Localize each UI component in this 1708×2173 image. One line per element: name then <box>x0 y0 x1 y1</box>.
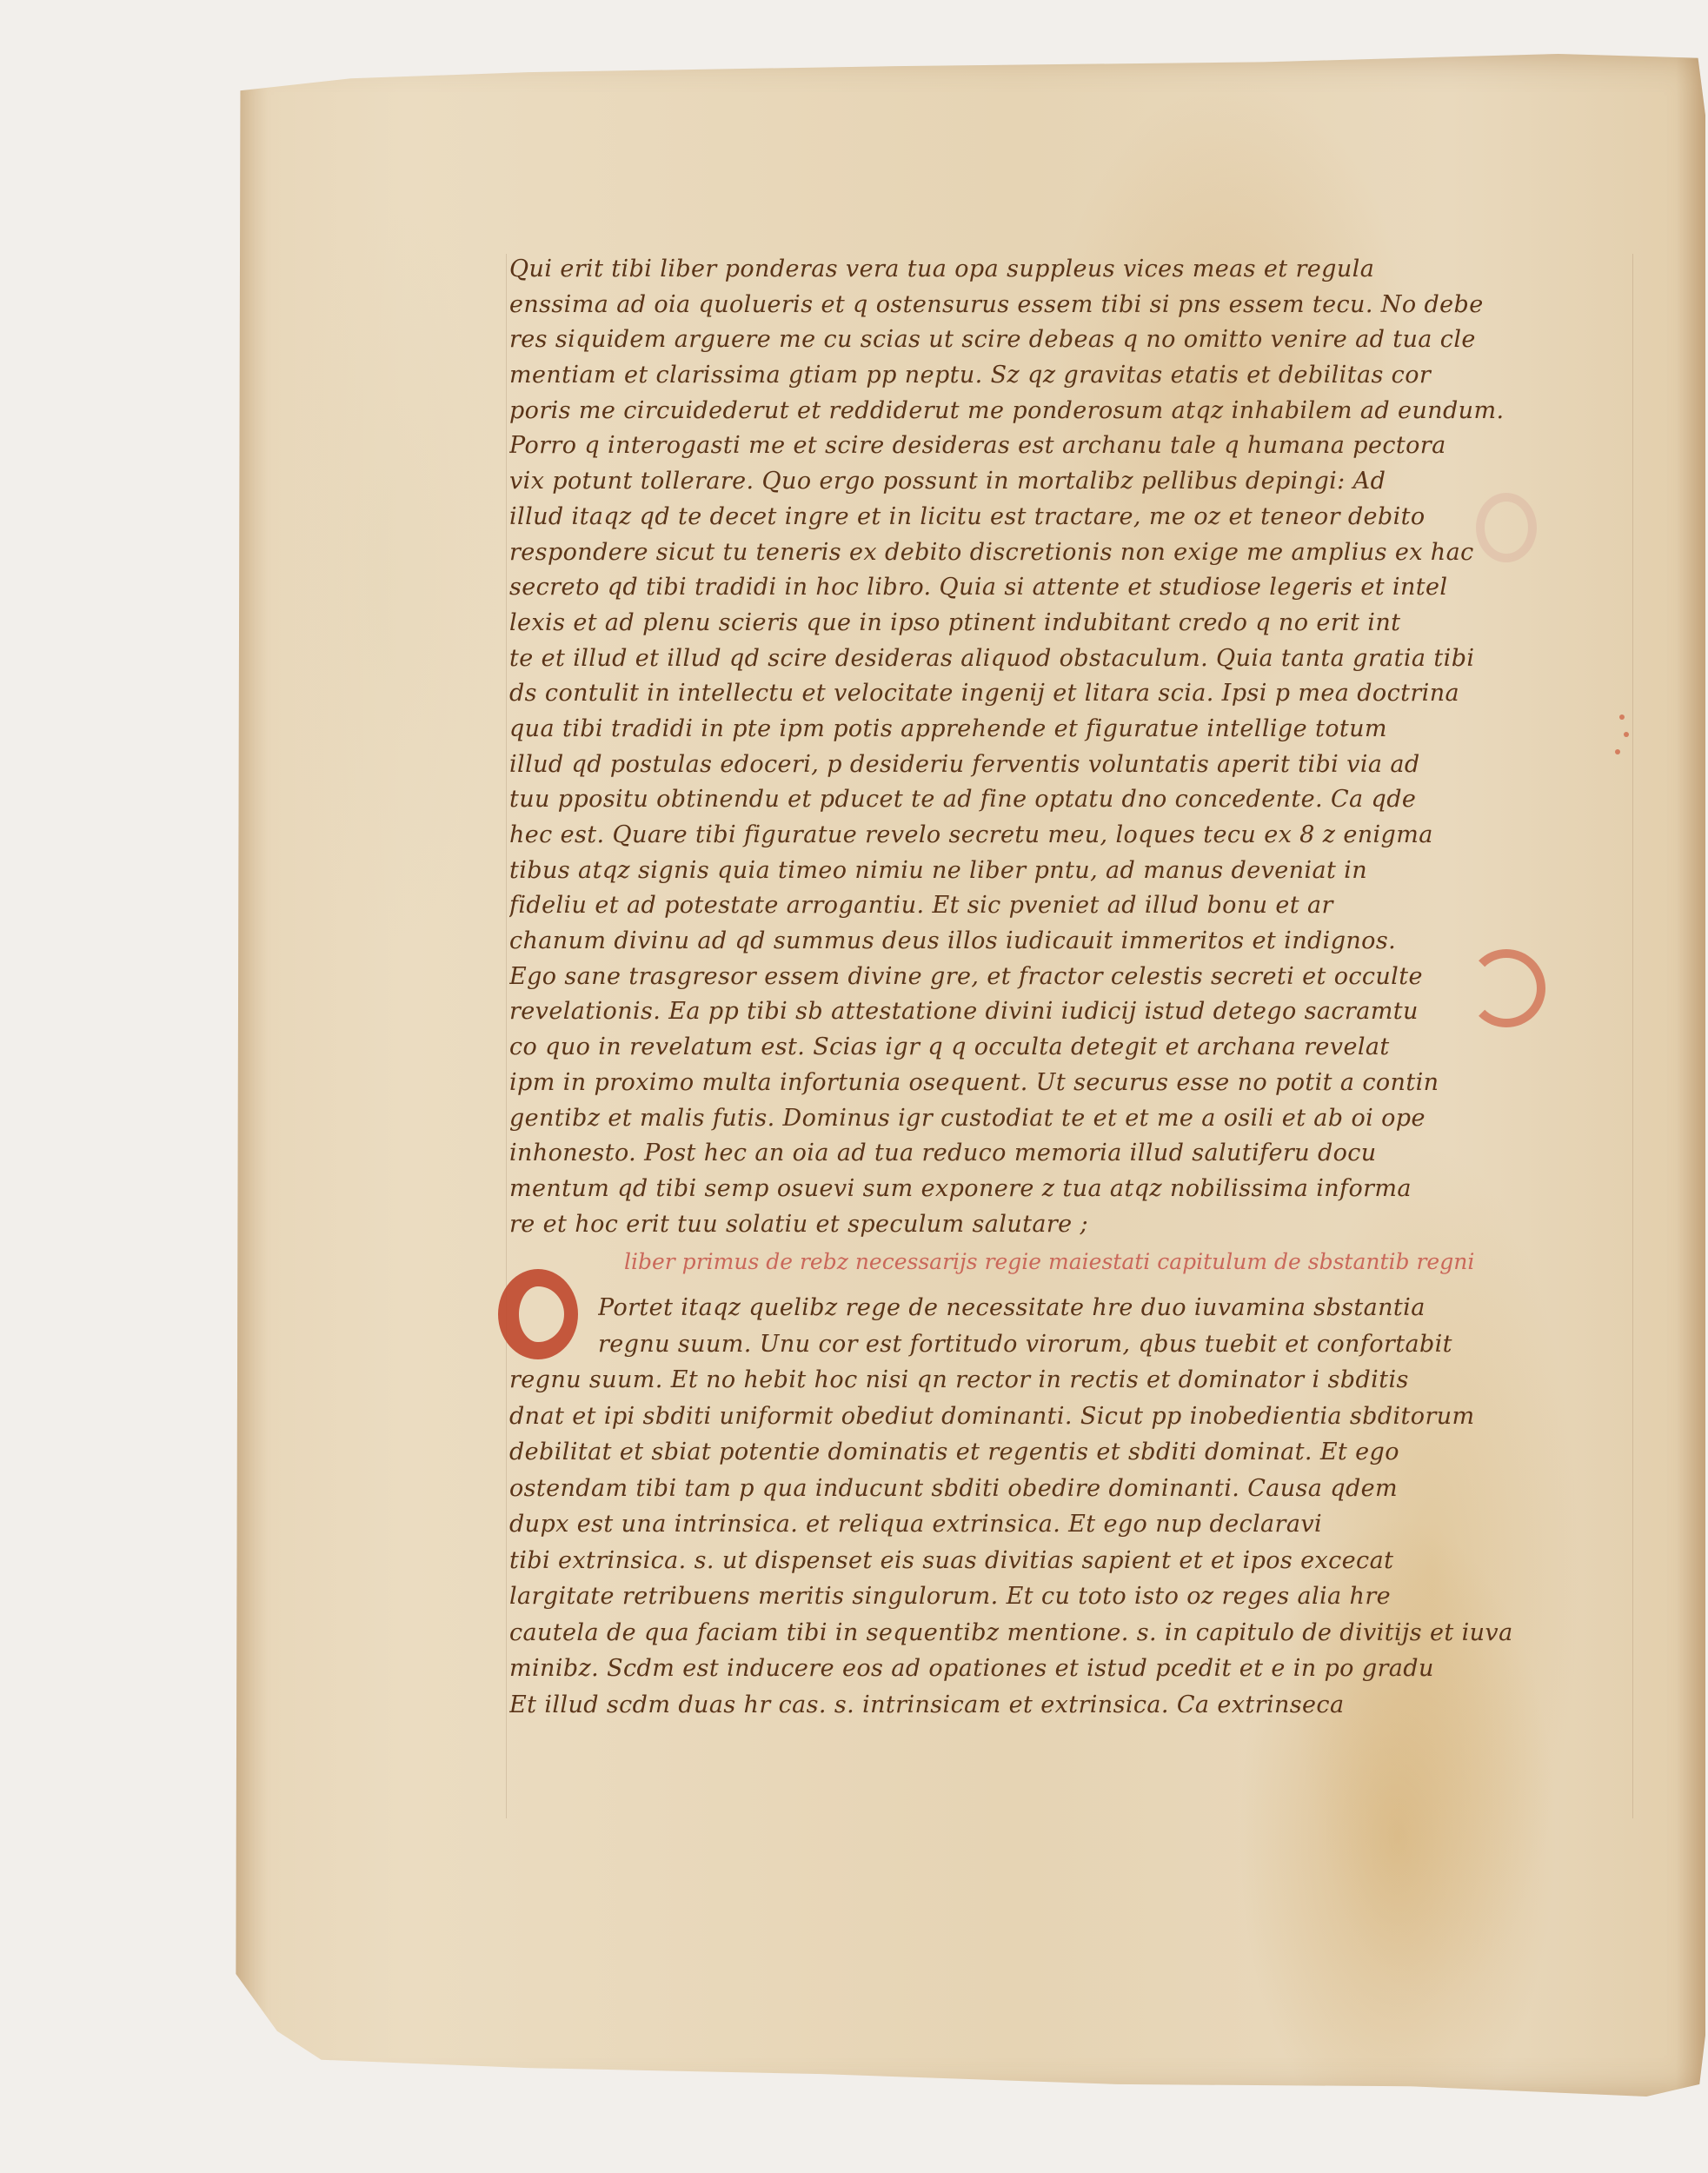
text-line: illud qd postulas edoceri, p desideriu f… <box>509 748 1626 783</box>
text-line: dupx est una intrinsica. et reliqua extr… <box>509 1506 1628 1543</box>
text-line: revelationis. Ea pp tibi sb attestatione… <box>509 994 1626 1030</box>
text-line: Ego sane trasgresor essem divine gre, et… <box>509 960 1626 995</box>
text-line: mentum qd tibi semp osuevi sum exponere … <box>509 1172 1626 1207</box>
text-line: Qui erit tibi liber ponderas vera tua op… <box>509 252 1626 288</box>
text-line: fideliu et ad potestate arrogantiu. Et s… <box>509 888 1626 924</box>
text-line: Et illud scdm duas hr cas. s. intrinsica… <box>509 1687 1628 1724</box>
text-line: regnu suum. Et no hebit hoc nisi qn rect… <box>509 1362 1628 1399</box>
text-line: hec est. Quare tibi figuratue revelo sec… <box>509 818 1626 854</box>
text-line: largitate retribuens meritis singulorum.… <box>509 1578 1628 1615</box>
text-line: respondere sicut tu teneris ex debito di… <box>509 535 1626 571</box>
ruling-line-left <box>506 254 507 1818</box>
text-line: chanum divinu ad qd summus deus illos iu… <box>509 924 1626 960</box>
text-line: tibus atqz signis quia timeo nimiu ne li… <box>509 854 1626 889</box>
red-marginal-mark <box>1467 949 1545 1027</box>
text-line: regnu suum. Unu cor est fortitudo viroru… <box>598 1326 1628 1363</box>
text-block-chapter: Portet itaqz quelibz rege de necessitate… <box>598 1290 1628 1723</box>
text-line: co quo in revelatum est. Scias igr q q o… <box>509 1030 1626 1066</box>
rubric-heading: liber primus de rebz necessarijs regie m… <box>624 1249 1624 1274</box>
red-ink-dot <box>1624 732 1629 737</box>
text-line: tuu ppositu obtinendu et pducet te ad fi… <box>509 782 1626 818</box>
text-line: qua tibi tradidi in pte ipm potis appreh… <box>509 712 1626 748</box>
text-line: ostendam tibi tam p qua inducunt sbditi … <box>509 1471 1628 1507</box>
text-line: minibz. Scdm est inducere eos ad opation… <box>509 1651 1628 1687</box>
text-line: dnat et ipi sbditi uniformit obediut dom… <box>509 1399 1628 1435</box>
red-ink-dot <box>1615 749 1620 754</box>
text-line: Porro q interogasti me et scire desidera… <box>509 429 1626 464</box>
decorated-initial-o <box>498 1269 578 1359</box>
text-line: poris me circuidederut et reddiderut me … <box>509 394 1626 429</box>
text-line: secreto qd tibi tradidi in hoc libro. Qu… <box>509 570 1626 606</box>
text-line: illud itaqz qd te decet ingre et in lici… <box>509 500 1626 535</box>
text-line: ipm in proximo multa infortunia osequent… <box>509 1066 1626 1101</box>
manuscript-page: Qui erit tibi liber ponderas vera tua op… <box>233 54 1705 2097</box>
text-line: Portet itaqz quelibz rege de necessitate… <box>598 1290 1628 1326</box>
faint-red-mark <box>1476 493 1537 562</box>
text-line: lexis et ad plenu scieris que in ipso pt… <box>509 606 1626 641</box>
text-line: res siquidem arguere me cu scias ut scir… <box>509 322 1626 358</box>
text-block-main: Qui erit tibi liber ponderas vera tua op… <box>509 252 1626 1242</box>
text-line: gentibz et malis futis. Dominus igr cust… <box>509 1101 1626 1137</box>
text-line: cautela de qua faciam tibi in sequentibz… <box>509 1615 1628 1651</box>
text-line: tibi extrinsica. s. ut dispenset eis sua… <box>509 1543 1628 1579</box>
text-line: enssima ad oia quolueris et q ostensurus… <box>509 288 1626 323</box>
text-line: mentiam et clarissima gtiam pp neptu. Sz… <box>509 358 1626 394</box>
text-line: vix potunt tollerare. Quo ergo possunt i… <box>509 464 1626 500</box>
text-line: ds contulit in intellectu et velocitate … <box>509 676 1626 712</box>
text-line: re et hoc erit tuu solatiu et speculum s… <box>509 1207 1626 1243</box>
red-ink-dot <box>1619 714 1625 720</box>
ruling-line-right <box>1632 254 1633 1818</box>
text-line: inhonesto. Post hec an oia ad tua reduco… <box>509 1136 1626 1172</box>
text-line: te et illud et illud qd scire desideras … <box>509 641 1626 677</box>
text-line: debilitat et sbiat potentie dominatis et… <box>509 1434 1628 1471</box>
